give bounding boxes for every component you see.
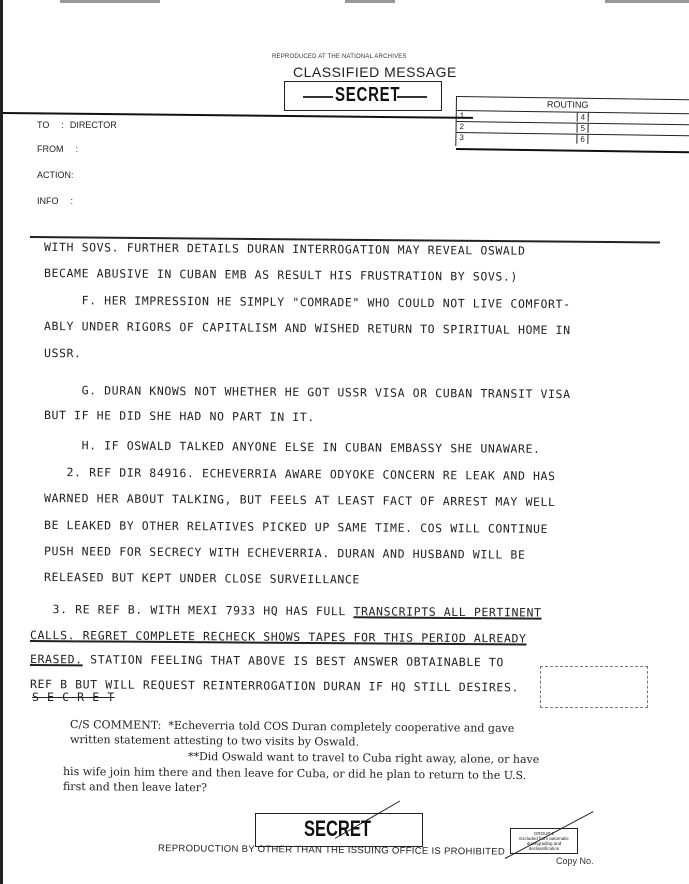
cs-comment-line3: **Did Oswald want to travel to Cuba righ… [188,750,539,766]
para3-line2: CALLS. REGRET COMPLETE RECHECK SHOWS TAP… [30,628,527,645]
faded-stamp [540,666,648,708]
body-line: WARNED HER ABOUT TALKING, BUT FEELS AT L… [44,491,556,509]
scan-edge-mark [605,0,689,3]
footer-classification-box: SECRET [255,813,423,847]
routing-table: ROUTING 1 4 2 5 3 6 [455,96,689,149]
body-line: USSR. [44,346,82,360]
copy-number-label: Copy No. [556,856,594,866]
reproduction-notice: REPRODUCTION BY OTHER THAN THE ISSUING O… [158,843,505,858]
cs-comment-line2: written statement attesting to two visit… [70,733,359,749]
body-line: H. IF OSWALD TALKED ANYONE ELSE IN CUBAN… [44,438,541,456]
archive-note: REPRODUCED AT THE NATIONAL ARCHIVES [272,54,407,60]
header-rule [3,112,473,119]
from-field: FROM: [37,144,78,154]
body-line: 2. REF DIR 84916. ECHEVERRIA AWARE ODYOK… [44,465,556,483]
body-line: RELEASED BUT KEPT UNDER CLOSE SURVEILLAN… [44,570,360,586]
body-line: BECAME ABUSIVE IN CUBAN EMB AS RESULT HI… [44,266,518,284]
routing-row: 3 6 [456,132,689,146]
para3-line3: ERASED. STATION FEELING THAT ABOVE IS BE… [30,652,504,669]
body-line: WITH SOVS. FURTHER DETAILS DURAN INTERRO… [44,240,526,258]
body-line: BE LEAKED BY OTHER RELATIVES PICKED UP S… [44,518,548,536]
page-left-edge [0,0,3,884]
classification-stamp-box: SECRET [284,81,442,111]
body-line: PUSH NEED FOR SECRECY WITH ECHEVERRIA. D… [44,544,526,562]
body-line: ABLY UNDER RIGORS OF CAPITALISM AND WISH… [44,319,571,337]
to-field: TO:DIRECTOR [37,120,117,130]
form-title: CLASSIFIED MESSAGE [293,64,457,80]
para3-line1: 3. RE REF B. WITH MEXI 7933 HQ HAS FULL … [30,602,542,620]
scan-edge-mark [60,0,160,3]
footer-classification-stamp: SECRET [304,816,371,842]
body-line: BUT IF HE DID SHE HAD NO PART IN IT. [44,408,315,424]
info-field: INFO: [37,196,73,206]
scan-edge-mark [345,0,395,3]
action-field: ACTION: [37,170,74,180]
cs-comment-line4: his wife join him there and then leave f… [63,765,526,782]
routing-label: ROUTING [547,99,589,110]
cs-comment-line5: first and then leave later? [63,780,207,794]
body-line: F. HER IMPRESSION HE SIMPLY "COMRADE" WH… [44,293,571,311]
classification-stamp: SECRET [335,84,400,107]
cs-comment-line1: C/S COMMENT: *Echeverria told COS Duran … [70,718,514,735]
to-value: DIRECTOR [70,120,117,130]
body-line: G. DURAN KNOWS NOT WHETHER HE GOT USSR V… [44,383,571,401]
end-classification: S E C R E T [32,690,115,704]
